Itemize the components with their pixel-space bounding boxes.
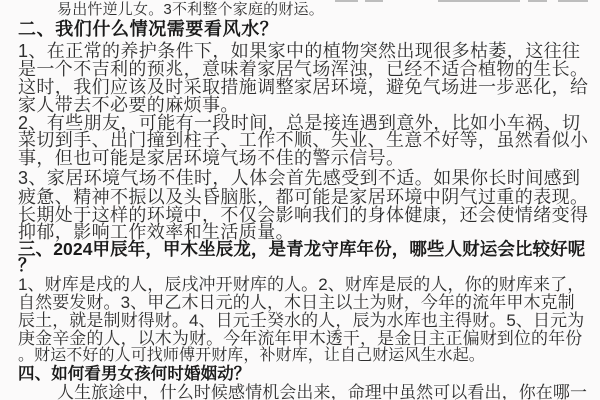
- text-line: 人生旅途中，什么时候感情机会出来，命理中虽然可以看出，你在哪一: [57, 384, 587, 400]
- text-line: 事，但也可能是家居环境气场不佳的警示信号。: [18, 149, 404, 167]
- cutoff-text-fragment: [438, 0, 520, 2]
- text-line: 庚金辛金的人，以木为财。今年流年甲木透干，是金日主正偏财到位的年份: [18, 330, 582, 347]
- text-line: 家人带去不必要的麻烦事。: [18, 96, 239, 114]
- cutoff-text-fragment: [528, 0, 547, 2]
- section-heading-3-wrap: ？: [18, 257, 36, 275]
- text-line: 这时，我们应该及时采取措施调整家居环境，避免气场进一步恶化，给: [18, 78, 588, 96]
- section-heading-4: 四、如何看男女孩何时婚姻动？: [18, 366, 250, 383]
- text-line: 菜切到手、出门撞到柱子、工作不顺、失业、生意不好等，虽然看似小: [18, 131, 588, 149]
- section-heading-3: 三、2024甲辰年，甲木坐辰龙，是青龙守库年份，哪些人财运会比较好呢: [18, 241, 585, 259]
- text-line: 疲惫、精神不振以及头昏脑胀，都可能是家居环境中阴气过重的表现。: [18, 188, 588, 206]
- text-line: 3、家居环境气场不佳时，人体会首先感受到不适。如果你长时间感到: [18, 169, 580, 187]
- paragraph-continuation-line: 易出忤逆儿女。3不利整个家庭的财运。: [57, 2, 324, 17]
- text-line: 自然要发财。3、甲乙木日元的人，木日主以土为财，今年的流年甲木克制: [18, 294, 575, 311]
- cutoff-text-fragment: [365, 0, 383, 2]
- cutoff-text-fragment: [558, 0, 588, 2]
- section-heading-2: 二、我们什么情况需要看风水？: [18, 20, 278, 38]
- article-page: 易出忤逆儿女。3不利整个家庭的财运。 二、我们什么情况需要看风水？ 1、在正常的…: [0, 0, 600, 400]
- text-line: 辰土，就是制财得财。4、日元壬癸水的人，辰为水库也主得财。5、日元为: [18, 312, 584, 329]
- text-line: 是一个不吉利的预兆，意味着家居气场浑浊，已经不适合植物的生长。: [18, 60, 588, 78]
- cutoff-text-fragment: [335, 0, 358, 2]
- text-line: 。财运不好的人可找师傅开财库，补财库，让自己财运风生水起。: [18, 348, 485, 364]
- text-line: 1、财库是戌的人，辰戌冲开财库的人。2、财库是辰的人，你的财库来了，: [18, 276, 584, 293]
- text-line: 1、在正常的养护条件下，如果家中的植物突然出现很多枯萎，这往往: [18, 42, 580, 60]
